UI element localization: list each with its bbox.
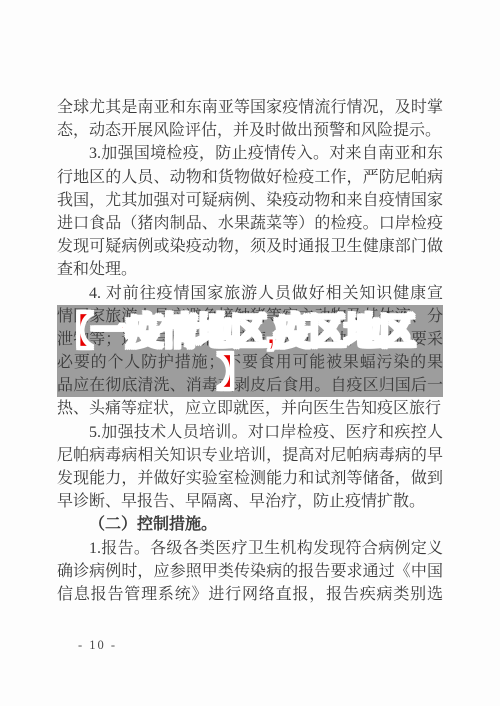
document-line: （二）控制措施。 xyxy=(57,513,443,536)
document-line: 热、头痛等症状，应立即就医，并向医生告知疫区旅行史。 xyxy=(57,397,443,420)
document-line: 早诊断、早报告、早隔离、早治疗，防止疫情扩散。 xyxy=(57,490,443,513)
document-line: 4. 对前往疫情国家旅游人员做好相关知识健康宣教。前往疫 xyxy=(57,282,443,305)
document-line: 发现可疑病例或染疫动物，须及时通报卫生健康部门做好疫情调 xyxy=(57,235,443,258)
document-line: 态，动态开展风险评估，并及时做出预警和风险提示。 xyxy=(57,119,443,142)
document-line: 情国家旅游人员应避免接触猪等宿主动物及其体液、分泌物、排 xyxy=(57,305,443,328)
document-page: 全球尤其是南亚和东南亚等国家疫情流行情况，及时掌握疫情动态，动态开展风险评估，并… xyxy=(0,0,500,706)
document-line: 确诊病例时，应参照甲类传染病的报告要求通过《中国疾病监测 xyxy=(57,560,443,583)
document-line: 5.加强技术人员培训。对口岸检疫、医疗和疾控人员应加强 xyxy=(57,421,443,444)
document-line: 全球尤其是南亚和东南亚等国家疫情流行情况，及时掌握疫情动 xyxy=(57,96,443,119)
document-line: 1.报告。各级各类医疗卫生机构发现符合病例定义的疑似和 xyxy=(57,537,443,560)
document-line: 我国，尤其加强对可疑病例、染疫动物和来自疫情国家或地区的 xyxy=(57,189,443,212)
document-line: 尼帕病毒病相关知识专业培训，提高对尼帕病毒病的早期识别和 xyxy=(57,444,443,467)
document-line: 3.加强国境检疫，防止疫情传入。对来自南亚和东南亚等流 xyxy=(57,142,443,165)
document-line: 必要的个人防护措施；不要食用可能被果蝠污染的果品，野生果 xyxy=(57,351,443,374)
document-line: 进口食品（猪肉制品、水果蔬菜等）的检疫。口岸检疫部门一旦 xyxy=(57,212,443,235)
document-line: 行地区的人员、动物和货物做好检疫工作，严防尼帕病毒病传入 xyxy=(57,166,443,189)
document-line: 信息报告管理系统》进行网络直报，报告疾病类别选择“其他传 xyxy=(57,583,443,606)
document-line: 查和处理。 xyxy=(57,258,443,281)
document-line: 发现能力，并做好实验室检测能力和试剂等储备，做到早发现、 xyxy=(57,467,443,490)
page-number: - 10 - xyxy=(78,638,117,652)
document-line: 泄物等；避免与尼帕病毒病病人密切接触；接触后要采取 xyxy=(57,328,443,351)
document-text-block: 全球尤其是南亚和东南亚等国家疫情流行情况，及时掌握疫情动态，动态开展风险评估，并… xyxy=(57,96,443,606)
document-line: 品应在彻底清洗、消毒或剥皮后食用。自疫区归国后一旦出现发 xyxy=(57,374,443,397)
